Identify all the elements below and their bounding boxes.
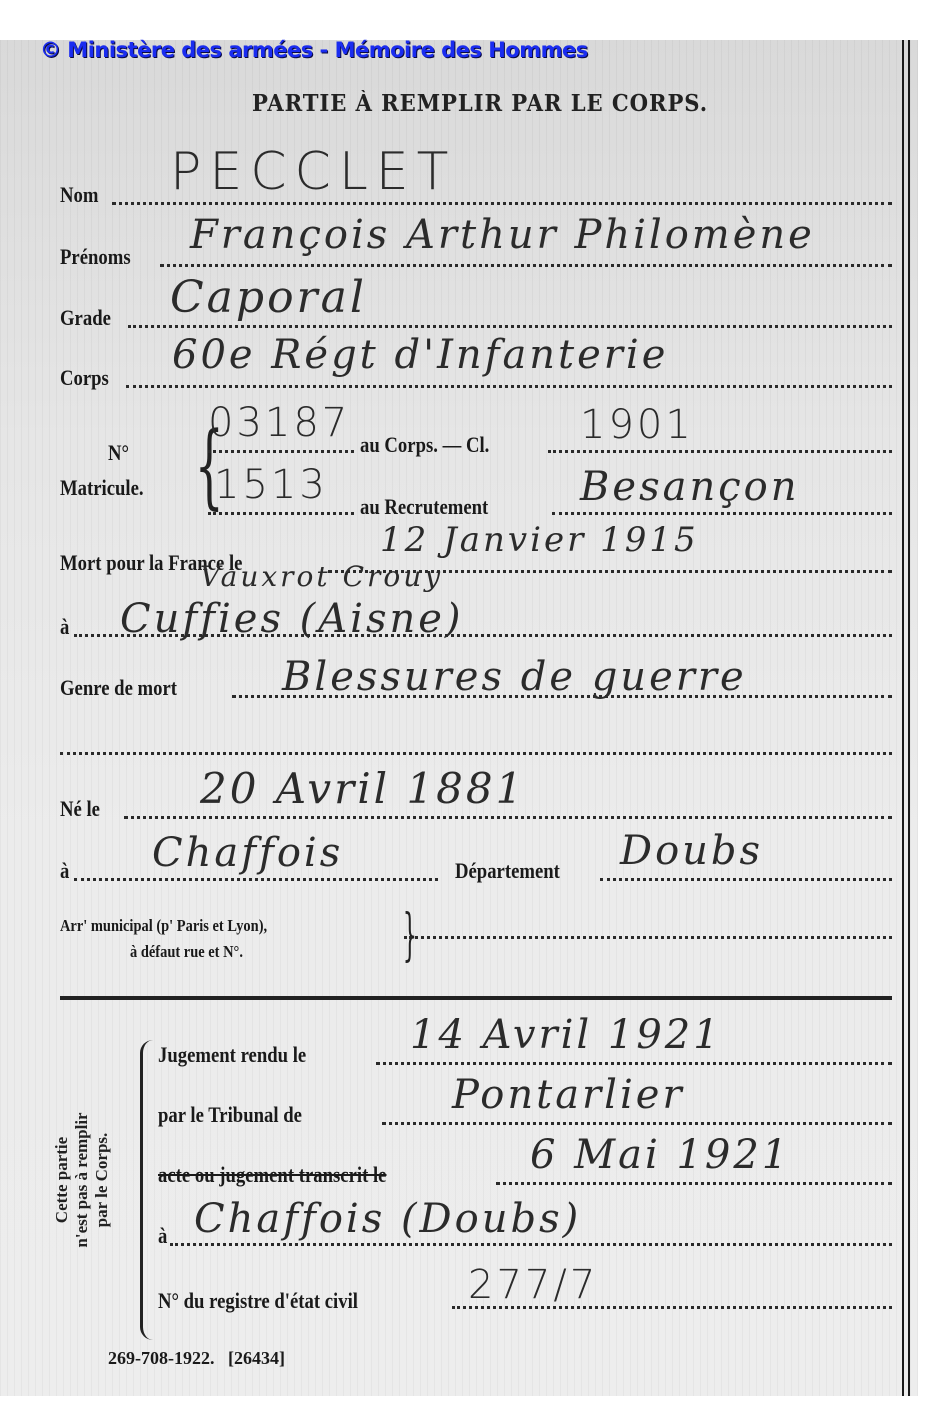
label-registre: N° du registre d'état civil [158,1288,358,1314]
field-line [124,816,892,819]
field-line [404,936,892,939]
label-genre-mort: Genre de mort [60,675,177,701]
value-genre-mort: Blessures de guerre [282,654,747,700]
field-line [376,1062,892,1065]
value-matricule-recrutement: 1513 [214,462,328,508]
value-ne-le: 20 Avril 1881 [200,764,525,813]
side-note-line: n'est pas à remplir [72,1080,92,1280]
label-nom: Nom [60,182,98,208]
value-transcrit: 6 Mai 1921 [530,1132,790,1178]
value-recrutement-lieu: Besançon [580,464,799,510]
value-nom: PECCLET [170,142,456,202]
label-tribunal: par le Tribunal de [158,1102,302,1128]
label-ne-le: Né le [60,796,100,822]
value-lieu-transcription: Chaffois (Doubs) [194,1196,581,1242]
label-arrondissement: Arr' municipal (p' Paris et Lyon), [60,916,267,936]
label-matricule-no: N° [108,440,129,466]
field-line [112,202,892,205]
value-lieu-mort: Cuffies (Aisne) [120,596,464,642]
label-matricule: Matricule. [60,475,144,501]
value-tribunal: Pontarlier [452,1072,685,1118]
label-grade: Grade [60,305,111,331]
label-lieu-transcription: à [158,1223,167,1249]
label-jugement-rendu: Jugement rendu le [158,1042,306,1068]
field-line [208,450,354,453]
field-line [170,1243,892,1246]
brace [140,1040,153,1340]
label-au-recrutement: au Recrutement [360,494,488,520]
field-line [496,1182,892,1185]
label-corps: Corps [60,365,109,391]
label-prenoms: Prénoms [60,244,131,270]
value-grade: Caporal [170,272,367,323]
form-title: PARTIE À REMPLIR PAR LE CORPS. [38,90,921,117]
value-departement: Doubs [620,828,763,874]
border-rule [908,40,910,1396]
value-prenoms: François Arthur Philomène [190,212,815,258]
value-corps: 60e Régt d'Infanterie [172,332,668,378]
label-transcrit: acte ou jugement transcrit le [158,1162,386,1188]
side-note-line: Cette partie [52,1080,72,1280]
field-line [74,878,438,881]
value-matricule-corps: 03187 [208,400,350,446]
field-line [552,512,892,515]
value-jugement-rendu: 14 Avril 1921 [410,1012,722,1058]
label-lieu-mort: à [60,614,69,640]
label-lieu-naissance: à [60,858,69,884]
value-classe: 1901 [580,402,694,448]
label-au-corps: au Corps. — Cl. [360,432,489,458]
field-line [600,878,892,881]
copyright-watermark: © Ministère des armées - Mémoire des Hom… [40,38,588,62]
field-line [208,512,354,515]
side-note-line: par le Corps. [92,1080,112,1280]
section-separator [60,996,892,1000]
value-lieu-correction: Vauxrot Crouy [200,560,443,593]
value-lieu-naissance: Chaffois [152,830,343,876]
border-rule [902,40,904,1396]
print-reference: 269-708-1922. [26434] [108,1348,285,1369]
value-mort-date: 12 Janvier 1915 [380,520,699,560]
label-arrondissement-2: à défaut rue et N°. [130,942,243,962]
side-note: Cette partie n'est pas à remplir par le … [52,1080,112,1280]
label-departement: Département [455,858,560,884]
field-line [126,385,892,388]
field-line [160,264,892,267]
field-line [382,1122,892,1125]
field-line [60,752,892,755]
field-line [128,325,892,328]
field-line [548,450,892,453]
value-registre: 277/7 [468,1262,598,1308]
